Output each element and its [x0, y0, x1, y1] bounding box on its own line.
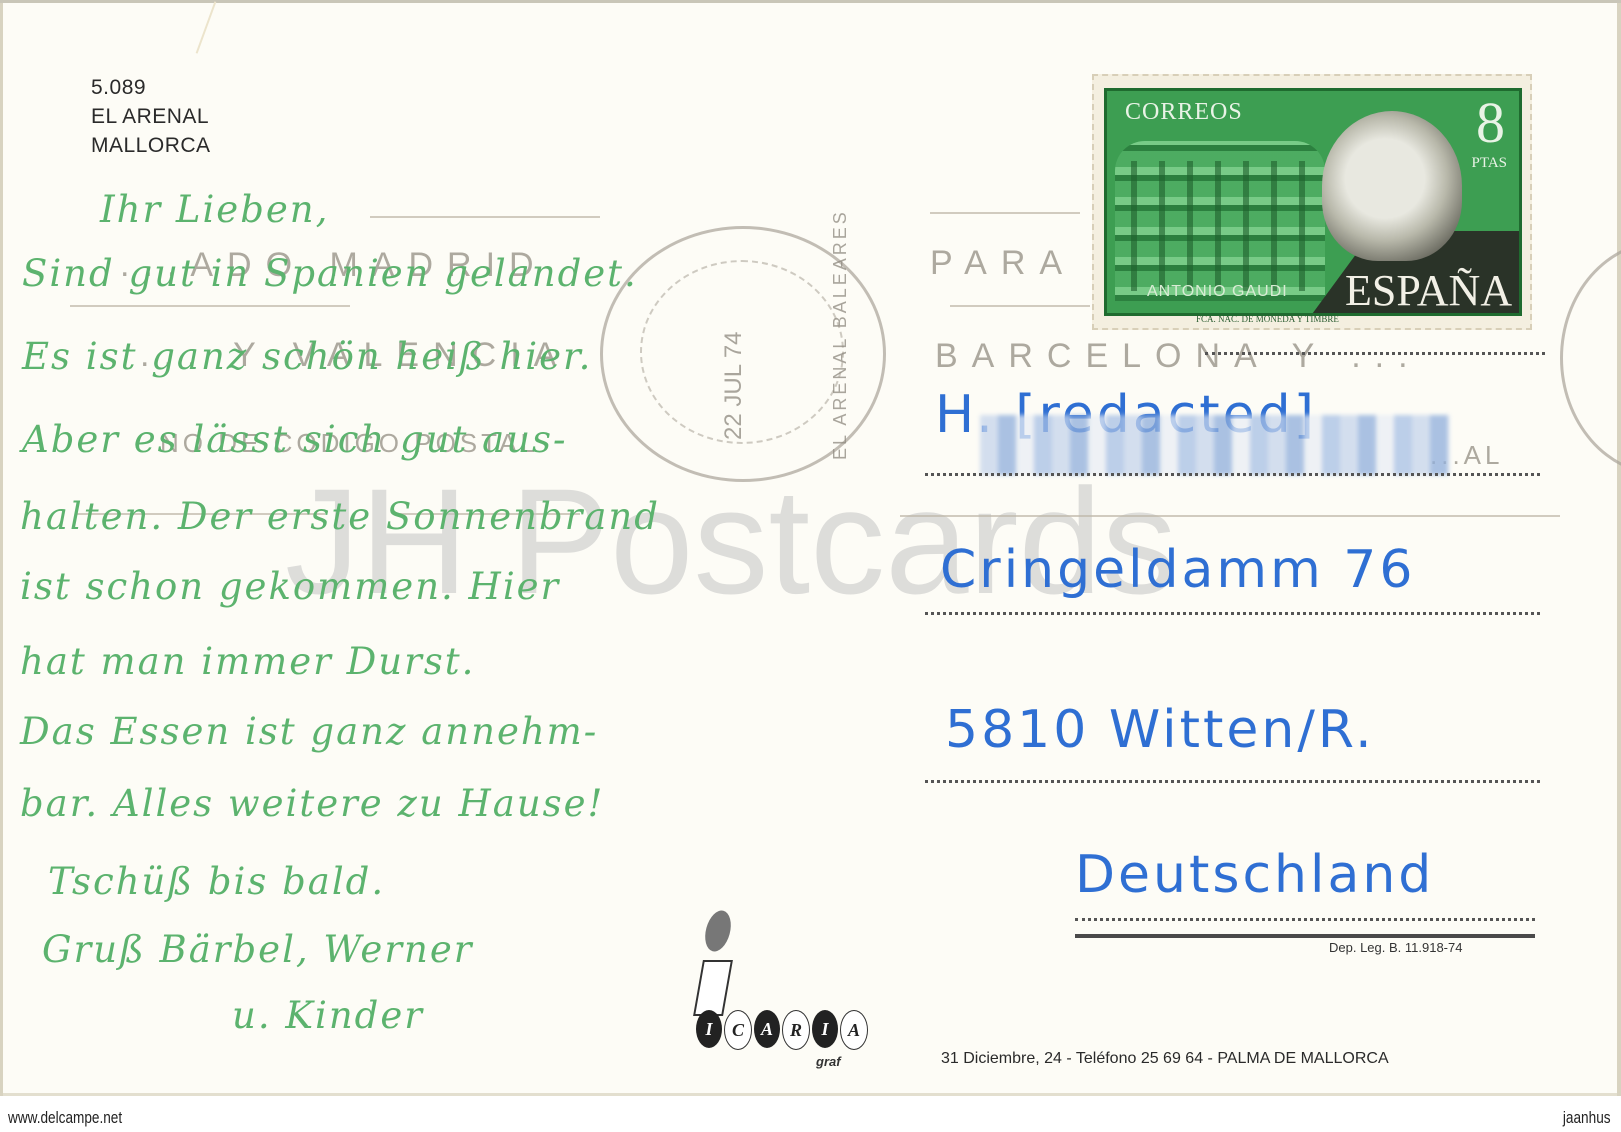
region-name: MALLORCA [91, 131, 211, 160]
message-line: Aber es lässt sich gut aus- [22, 418, 568, 461]
stamp-subject: ANTONIO GAUDI [1147, 283, 1288, 301]
address-street: Cringeldamm 76 [940, 540, 1415, 600]
card-crease [196, 1, 217, 53]
gaudi-portrait [1322, 111, 1462, 261]
message-line: u. Kinder [232, 994, 424, 1037]
place-name: EL ARENAL [91, 102, 211, 131]
message-line: halten. Der erste Sonnenbrand [20, 495, 660, 538]
address-city: 5810 Witten/R. [945, 700, 1375, 760]
message-line: Ihr Lieben, [100, 188, 329, 231]
message-line: Gruß Bärbel, Werner [42, 928, 473, 971]
redacted-name [980, 415, 1450, 475]
reference-number: 5.089 [91, 73, 211, 102]
message-line: Es ist ganz schön heiß hier. [22, 335, 592, 378]
logo-dot-icon [701, 908, 735, 955]
postmark-ring-right [1560, 240, 1621, 476]
postage-stamp: CORREOS 8 PTAS ANTONIO GAUDI ESPAÑA FCA.… [1092, 74, 1532, 330]
postmark-date: 22 JUL 74 [720, 331, 748, 440]
message-line: hat man immer Durst. [20, 640, 475, 683]
seller-credit: jaanhus [1563, 1108, 1611, 1128]
card-reference: 5.089 EL ARENAL MALLORCA [91, 73, 211, 160]
address-country: Deutschland [1075, 845, 1434, 905]
logo-subtitle: graf [816, 1054, 841, 1069]
message-line: Sind gut in Spanien gelandet. [22, 252, 638, 295]
postmark-place: EL ARENAL BALEARES [830, 209, 851, 460]
legal-deposit: Dep. Leg. B. 11.918-74 [1329, 940, 1462, 955]
message-line: Das Essen ist ganz annehm- [20, 710, 598, 753]
stamp-country: ESPAÑA [1345, 265, 1512, 316]
address-underline [1075, 934, 1535, 938]
logo-i-icon [693, 960, 733, 1016]
message-line: bar. Alles weitere zu Hause! [20, 782, 604, 825]
stamp-value: 8 [1476, 93, 1505, 153]
stamp-image: CORREOS 8 PTAS ANTONIO GAUDI ESPAÑA [1104, 88, 1522, 316]
stamp-header: CORREOS [1125, 99, 1243, 126]
publisher-address: 31 Diciembre, 24 - Teléfono 25 69 64 - P… [941, 1050, 1389, 1068]
source-credit: www.delcampe.net [8, 1108, 122, 1128]
stamp-unit: PTAS [1472, 155, 1507, 172]
message-line: Tschüß bis bald. [48, 860, 385, 903]
stamp-printer: FCA. NAC. DE MONEDA Y TIMBRE [1196, 314, 1339, 324]
cancel-slogan-right-2: BARCELONA Y ... [935, 337, 1422, 376]
message-line: ist schon gekommen. Hier [20, 565, 560, 608]
postcard-back: 5.089 EL ARENAL MALLORCA ...ADO MADRID .… [0, 0, 1621, 1096]
